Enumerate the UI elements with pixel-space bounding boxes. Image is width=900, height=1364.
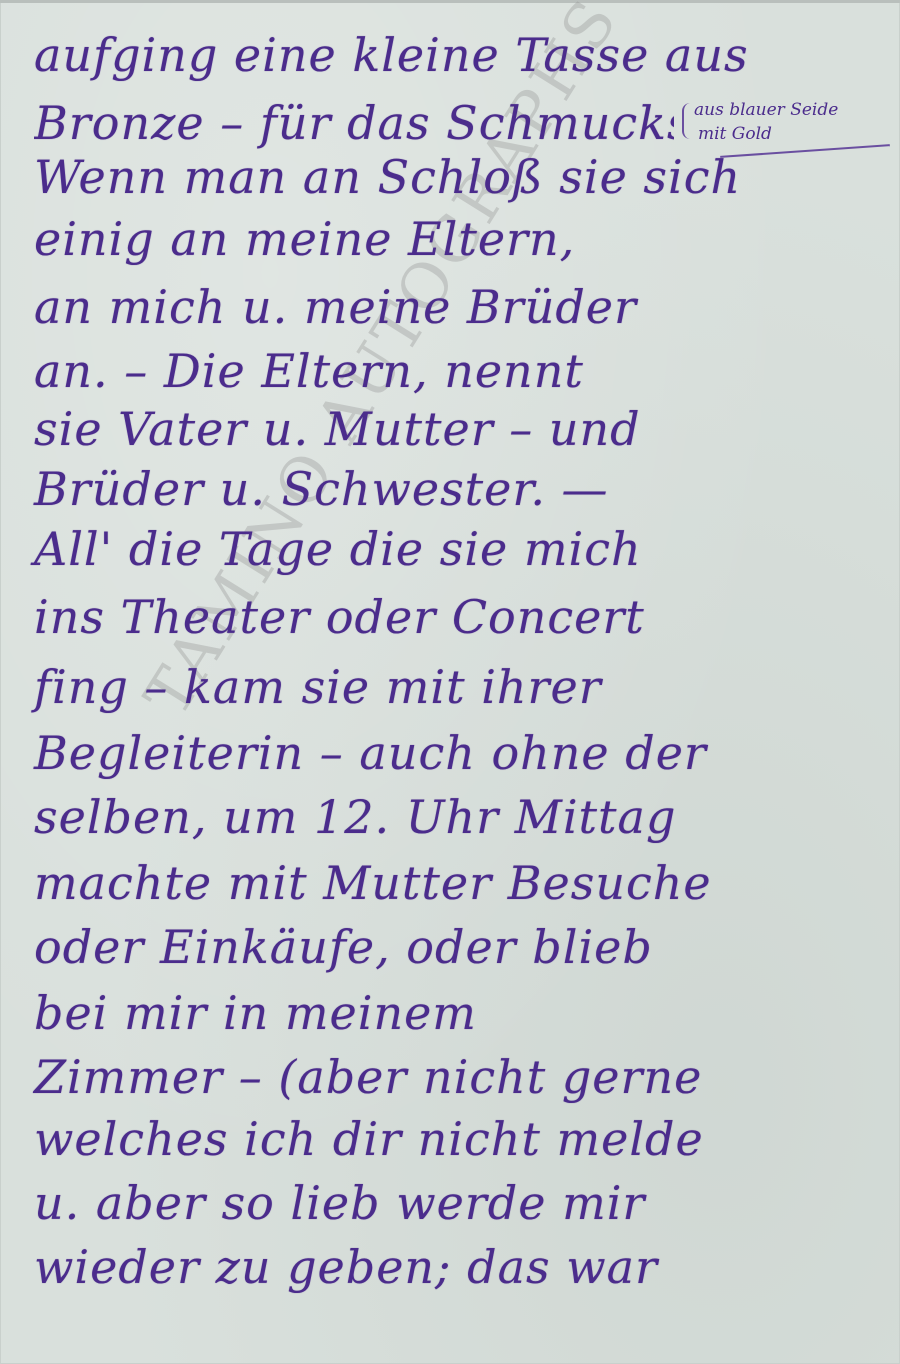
- text-line-9: All' die Tage die sie mich: [34, 522, 642, 576]
- text-line-12: Begleiterin – auch ohne der: [34, 726, 707, 780]
- text-line-4: einig an meine Eltern,: [34, 212, 575, 266]
- text-line-19: u. aber so lieb werde mir: [34, 1176, 645, 1230]
- text-line-20: wieder zu geben; das war: [34, 1240, 658, 1294]
- text-line-14: machte mit Mutter Besuche: [34, 856, 712, 910]
- text-line-13: selben, um 12. Uhr Mittag: [34, 790, 676, 844]
- text-line-10: ins Theater oder Concert: [34, 590, 645, 644]
- text-line-7: sie Vater u. Mutter – und: [34, 402, 641, 456]
- text-line-3: Wenn man an Schloß sie sich: [34, 150, 741, 204]
- text-line-15: oder Einkäufe, oder blieb: [34, 920, 653, 974]
- text-line-8: Brüder u. Schwester. —: [34, 462, 609, 516]
- text-line-16: bei mir in meinem: [34, 986, 477, 1040]
- text-line-11: fing – kam sie mit ihrer: [34, 660, 602, 714]
- margin-note-line-2: mit Gold: [698, 124, 772, 144]
- text-line-6: an. – Die Eltern, nennt: [34, 344, 584, 398]
- text-line-5: an mich u. meine Brüder: [34, 280, 637, 334]
- text-line-18: welches ich dir nicht melde: [34, 1112, 704, 1166]
- text-line-2: Bronze – für das Schmuckstück: [34, 96, 674, 150]
- text-line-1: aufging eine kleine Tasse aus: [34, 28, 749, 82]
- text-line-17: Zimmer – (aber nicht gerne: [34, 1050, 702, 1104]
- margin-note-line-1: aus blauer Seide: [694, 100, 838, 120]
- margin-brace: [682, 103, 694, 139]
